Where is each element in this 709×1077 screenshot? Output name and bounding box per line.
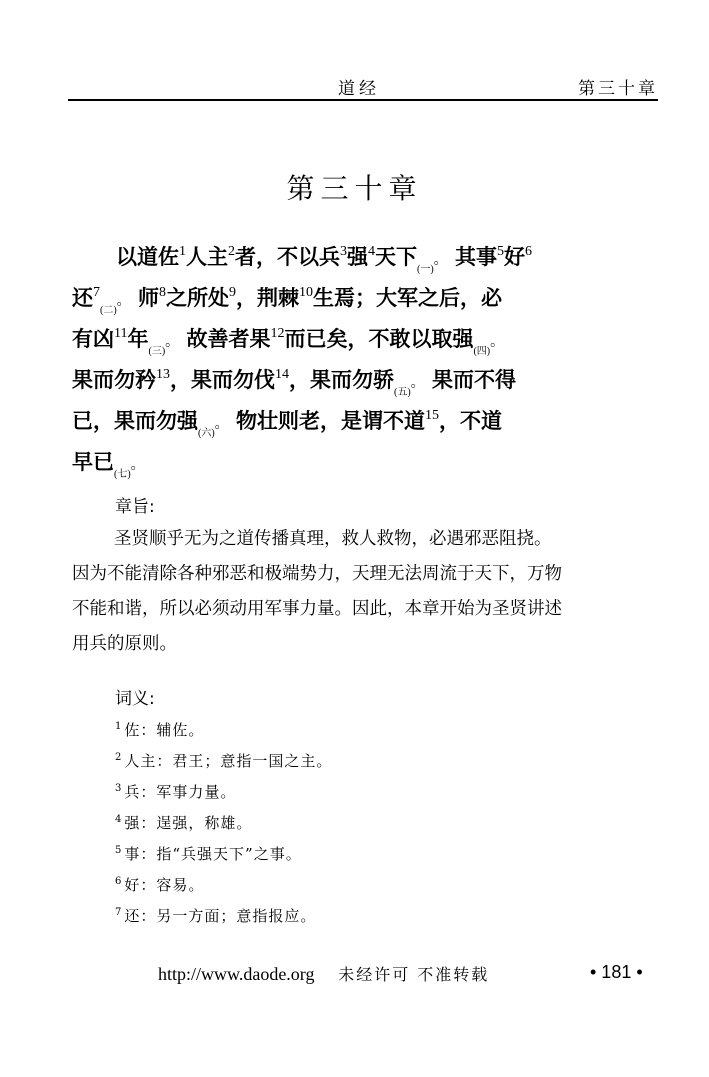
page-number: • 181 • [590,962,643,983]
punctuation: 。 [117,293,131,309]
punctuation: 。 [131,457,145,473]
classic-text-segment: 有凶 [72,327,114,351]
classic-text-segment: 而已矣，不敢以取强 [284,327,473,351]
header-rule [68,99,658,101]
glossary-item: 7还：另一方面；意指报应。 [115,901,332,932]
classic-text-segment: 年 [127,327,148,351]
punctuation: 。 [434,252,448,268]
classic-line: 还7(二)。 师8之所处9，荆棘10生焉；大军之后，必 [72,279,662,320]
footnote-number: 5 [115,845,122,856]
annotation-marker: (七) [114,469,131,480]
annotation-marker: (二) [100,305,117,316]
glossary-item: 1佐：辅佐。 [115,715,332,746]
classic-text-segment: 人主 [186,245,228,269]
classic-text-segment: 者，不以兵 [235,245,340,269]
punctuation: 。 [215,416,229,432]
footnote-ref: 6 [525,244,532,259]
summary-line: 用兵的原则。 [72,627,662,662]
classic-text-segment: 物壮则老，是谓不道 [229,409,425,433]
classic-line: 已，果而勿强(六)。 物壮则老，是谓不道15，不道 [72,402,662,443]
classic-text-segment: 生焉；大军之后，必 [313,286,502,310]
footnote-ref: 3 [340,244,347,259]
annotation-marker: (三) [148,346,165,357]
classic-text-segment: 之所处 [166,286,229,310]
footnote-ref: 9 [229,285,236,300]
footnote-ref: 12 [270,326,284,341]
classic-text-segment: 以道佐 [116,245,179,269]
classic-text-segment: ，果而勿骄 [289,368,394,392]
classic-line: 果而勿矜13，果而勿伐14，果而勿骄(五)。 果而不得 [72,361,662,402]
punctuation: 。 [165,334,179,350]
footnote-ref: 5 [497,244,504,259]
footnote-ref: 2 [228,244,235,259]
glossary-item: 4强：逞强，称雄。 [115,808,332,839]
classic-text-segment: 强 [347,245,368,269]
glossary-item: 3兵：军事力量。 [115,777,332,808]
classic-text-segment: 故善者果 [179,327,270,351]
classic-text-segment: ，不道 [439,409,502,433]
classic-text-segment: 已，果而勿强 [72,409,198,433]
classic-text-segment: 好 [504,245,525,269]
footnote-ref: 7 [93,285,100,300]
chapter-label: 第三十章 [578,74,658,99]
annotation-marker: (四) [473,346,490,357]
footnote-ref: 10 [299,285,313,300]
glossary-label: 词义: [115,684,155,709]
running-header: 道经 第三十章 [68,70,658,100]
summary-text: 圣贤顺乎无为之道传播真理，救人救物，必遇邪恶阻挠。 因为不能清除各种邪恶和极端势… [72,522,662,662]
glossary-item: 2人主：君王；意指一国之主。 [115,746,332,777]
footnote-ref: 13 [156,367,170,382]
glossary-item: 5事：指“兵强天下”之事。 [115,839,332,870]
summary-line: 圣贤顺乎无为之道传播真理，救人救物，必遇邪恶阻挠。 [72,522,662,557]
book-title: 道经 [338,74,380,99]
annotation-marker: (一) [417,264,434,275]
footnote-number: 6 [115,876,122,887]
classic-line: 有凶11年(三)。 故善者果12而已矣，不敢以取强(四)。 [72,320,662,361]
footnote-ref: 11 [114,326,127,341]
footnote-number: 1 [115,721,122,732]
summary-line: 因为不能清除各种邪恶和极端势力，天理无法周流于天下，万物 [72,557,662,592]
annotation-marker: (五) [394,387,411,398]
classic-text-segment: 早已 [72,450,114,474]
classic-text-segment: 师 [131,286,159,310]
classic-text-segment: 还 [72,286,93,310]
classic-text-segment: 天下 [375,245,417,269]
annotation-marker: (六) [198,428,215,439]
glossary-item: 6好：容易。 [115,870,332,901]
website-url[interactable]: http://www.daode.org [158,964,314,984]
footnote-number: 3 [115,783,122,794]
glossary-list: 1佐：辅佐。 2人主：君王；意指一国之主。 3兵：军事力量。 4强：逞强，称雄。… [115,715,332,932]
glossary-text: 人主：君王；意指一国之主。 [124,752,332,770]
footnote-ref: 1 [179,244,186,259]
glossary-text: 好：容易。 [124,876,204,894]
footnote-ref: 14 [275,367,289,382]
footnote-ref: 15 [425,408,439,423]
classic-text: 以道佐1人主2者，不以兵3强4天下(一)。 其事5好6还7(二)。 师8之所处9… [72,238,662,484]
footnote-ref: 8 [159,285,166,300]
punctuation: 。 [411,375,425,391]
classic-text-segment: 其事 [448,245,497,269]
glossary-text: 还：另一方面；意指报应。 [124,907,316,925]
copyright-notice: 未经许可 不准转载 [338,965,489,984]
page-footer: http://www.daode.org 未经许可 不准转载 • 181 • [158,962,658,985]
footnote-number: 2 [115,752,122,763]
glossary-text: 事：指“兵强天下”之事。 [124,845,301,863]
classic-text-segment: 果而勿矜 [72,368,156,392]
summary-line: 不能和谐，所以必须动用军事力量。因此，本章开始为圣贤讲述 [72,592,662,627]
glossary-text: 佐：辅佐。 [124,721,204,739]
glossary-text: 兵：军事力量。 [124,783,236,801]
classic-line: 早已(七)。 [72,443,662,484]
classic-line: 以道佐1人主2者，不以兵3强4天下(一)。 其事5好6 [72,238,662,279]
footnote-number: 4 [115,814,122,825]
classic-text-segment: ，荆棘 [236,286,299,310]
punctuation: 。 [490,334,504,350]
summary-label: 章旨: [115,492,155,517]
glossary-text: 强：逞强，称雄。 [124,814,252,832]
classic-text-segment: 果而不得 [425,368,516,392]
chapter-title: 第三十章 [0,167,709,207]
classic-text-segment: ，果而勿伐 [170,368,275,392]
footnote-ref: 4 [368,244,375,259]
footnote-number: 7 [115,907,122,918]
